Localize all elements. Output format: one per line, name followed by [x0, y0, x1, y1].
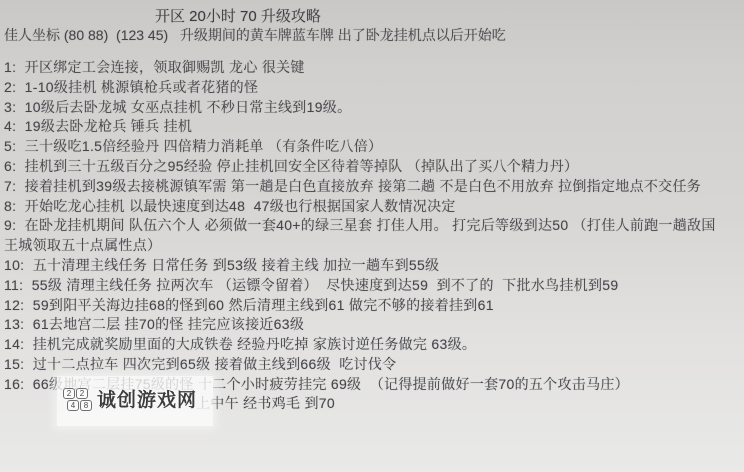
guide-line: 11: 55级 清理主线任务 拉两次车 （运镖令留着） 尽快速度到达59 到不了… — [4, 276, 744, 296]
guide-line: 9: 在卧龙挂机期间 队伍六个人 必须做一套40+的绿三星套 打佳人用。 打完后… — [4, 216, 744, 236]
guide-line: 6: 挂机到三十五级百分之95经验 停止挂机回安全区待着等掉队 （掉队出了买八个… — [4, 157, 744, 177]
guide-line: 2: 1-10级挂机 桃源镇枪兵或者花猪的怪 — [4, 78, 744, 98]
guide-line: 7: 接着挂机到39级去接桃源镇军需 第一趟是白色直接放弃 接第二趟 不是白色不… — [4, 177, 744, 197]
watermark-logo: 诚创游戏网 — [97, 385, 197, 412]
guide-line: 1: 开区绑定工会连接，领取御赐凯 龙心 很关键 — [4, 58, 744, 78]
guide-line: 14: 挂机完成就奖励里面的大成铁卷 经验丹吃掉 家族讨逆任务做完 63级。 — [4, 335, 744, 355]
guide-line-list: 1: 开区绑定工会连接，领取御赐凯 龙心 很关键2: 1-10级挂机 桃源镇枪兵… — [4, 58, 744, 395]
coordinates-line: 佳人坐标 (80 88) (123 45) 升级期间的黄车牌蓝车牌 出了卧龙挂机… — [4, 25, 506, 45]
guide-line: 8: 开始吃龙心挂机 以最快速度到达48 47级也行根据国家人数情况决定 — [4, 197, 744, 217]
page-title: 开区 20小时 70 升级攻略 — [155, 5, 321, 26]
guide-document: 开区 20小时 70 升级攻略 佳人坐标 (80 88) (123 45) 升级… — [0, 0, 744, 472]
guide-line: 12: 59到阳平关海边挂68的怪到60 然后清理主线到61 做完不够的接着挂到… — [4, 296, 744, 316]
grid-digit: 8 — [80, 400, 92, 411]
grid-digit: 2 — [76, 388, 88, 399]
guide-line: 10: 五十清理主线任务 日常任务 到53级 接着主线 加拉一趟车到55级 — [4, 256, 744, 276]
watermark: 2 2 4 8 诚创游戏网 — [57, 376, 213, 426]
watermark-grid-icon: 2 2 4 8 — [63, 388, 92, 411]
grid-digit: 4 — [67, 400, 79, 411]
guide-line: 4: 19级去卧龙枪兵 锤兵 挂机 — [4, 117, 744, 137]
guide-line: 3: 10级后去卧龙城 女巫点挂机 不秒日常主线到19级。 — [4, 98, 744, 118]
guide-line: 5: 三十级吃1.5倍经验丹 四倍精力消耗单 （有条件吃八倍） — [4, 137, 744, 157]
guide-line: 王城领取五十点属性点） — [4, 236, 744, 256]
guide-line: 15: 过十二点拉车 四次完到65级 接着做主线到66级 吃讨伐令 — [4, 355, 744, 375]
grid-digit: 2 — [63, 388, 75, 399]
guide-line-17-suffix: 上中午 经书鸡毛 到70 — [196, 394, 335, 414]
guide-line: 13: 61去地宫二层 挂70的怪 挂完应该接近63级 — [4, 315, 744, 335]
